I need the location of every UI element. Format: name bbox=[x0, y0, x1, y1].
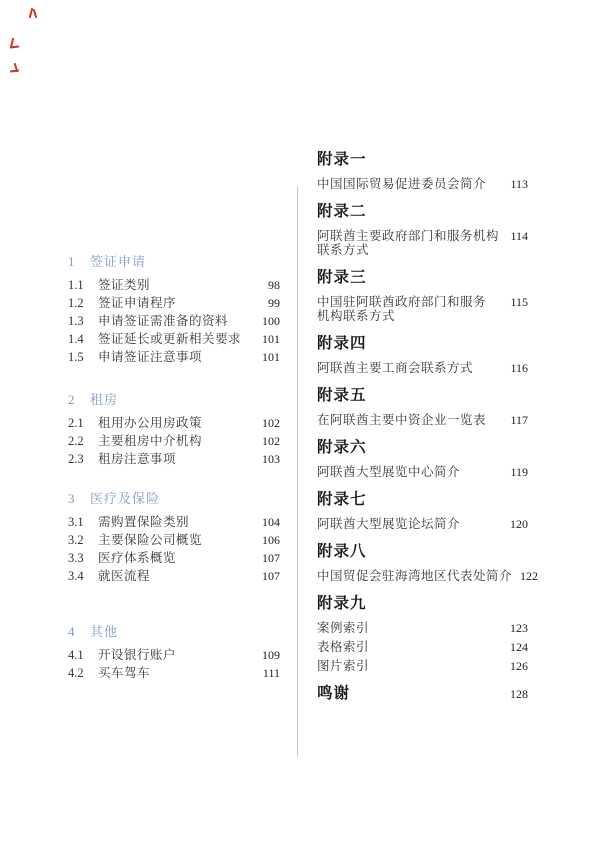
page-number: 100 bbox=[262, 312, 280, 330]
appendix-item-line: 案例索引 bbox=[317, 621, 502, 635]
toc-item-label: 开设银行账户 bbox=[98, 646, 262, 664]
toc-item: 3.1需购置保险类别104 bbox=[68, 513, 280, 531]
appendix-item-line: 阿联酋主要政府部门和服务机构 bbox=[317, 229, 502, 243]
page-number: 119 bbox=[510, 465, 528, 479]
page-number: 109 bbox=[262, 646, 280, 664]
acknowledgement-label: 鸣谢 bbox=[317, 685, 510, 703]
appendix-item: 阿联酋主要政府部门和服务机构联系方式114 bbox=[317, 229, 528, 257]
toc-item-label: 签证申请程序 bbox=[98, 294, 268, 312]
page-number: 106 bbox=[262, 531, 280, 549]
toc-item-number: 3.3 bbox=[68, 549, 98, 567]
page-number: 101 bbox=[262, 330, 280, 348]
appendix-item: 中国贸促会驻海湾地区代表处简介122 bbox=[317, 569, 528, 583]
appendix-item-line: 阿联酋大型展览论坛简介 bbox=[317, 517, 502, 531]
page-number: 103 bbox=[262, 450, 280, 468]
toc-page: 1签证申请1.1签证类别981.2签证申请程序991.3申请签证需准备的资料10… bbox=[0, 0, 596, 842]
toc-item-label: 医疗体系概览 bbox=[98, 549, 262, 567]
page-number: 120 bbox=[510, 517, 528, 531]
toc-item-number: 1.2 bbox=[68, 294, 98, 312]
left-toc-column: 1签证申请1.1签证类别981.2签证申请程序991.3申请签证需准备的资料10… bbox=[68, 254, 280, 682]
appendix-heading: 附录三 bbox=[317, 269, 528, 287]
toc-item: 1.2签证申请程序99 bbox=[68, 294, 280, 312]
toc-section-header: 4其他 bbox=[68, 624, 280, 640]
toc-item-label: 主要保险公司概览 bbox=[98, 531, 262, 549]
toc-item-number: 2.1 bbox=[68, 414, 98, 432]
toc-item-number: 2.3 bbox=[68, 450, 98, 468]
page-number: 107 bbox=[262, 549, 280, 567]
toc-item-label: 申请签证需准备的资料 bbox=[98, 312, 262, 330]
toc-item-number: 3.1 bbox=[68, 513, 98, 531]
appendix-item-label: 阿联酋大型展览论坛简介 bbox=[317, 517, 510, 531]
appendix-item-line: 中国贸促会驻海湾地区代表处简介 bbox=[317, 569, 512, 583]
toc-section-header: 1签证申请 bbox=[68, 254, 280, 270]
appendix-heading: 附录二 bbox=[317, 203, 528, 221]
appendix-item-label: 阿联酋主要工商会联系方式 bbox=[317, 361, 510, 375]
toc-item-label: 签证类别 bbox=[98, 276, 268, 294]
toc-section-header: 2租房 bbox=[68, 392, 280, 408]
page-number: 117 bbox=[510, 413, 528, 427]
appendix-heading: 附录八 bbox=[317, 543, 528, 561]
toc-item-number: 1.1 bbox=[68, 276, 98, 294]
toc-item: 3.2主要保险公司概览106 bbox=[68, 531, 280, 549]
red-ink-mark bbox=[9, 61, 21, 73]
appendix-item: 中国驻阿联酋政府部门和服务机构联系方式115 bbox=[317, 295, 528, 323]
appendix-item-line: 联系方式 bbox=[317, 243, 502, 257]
section-title: 其他 bbox=[90, 624, 118, 639]
appendix-block: 附录六阿联酋大型展览中心简介119 bbox=[317, 439, 528, 479]
toc-item-number: 4.2 bbox=[68, 664, 98, 682]
page-number: 102 bbox=[262, 414, 280, 432]
toc-item-number: 1.3 bbox=[68, 312, 98, 330]
appendix-block: 附录五在阿联酋主要中资企业一览表117 bbox=[317, 387, 528, 427]
appendix-block: 附录四阿联酋主要工商会联系方式116 bbox=[317, 335, 528, 375]
toc-item: 4.2买车驾车111 bbox=[68, 664, 280, 682]
page-number: 128 bbox=[510, 685, 528, 703]
appendix-item-line: 机构联系方式 bbox=[317, 309, 502, 323]
appendix-item-line: 图片索引 bbox=[317, 659, 502, 673]
page-number: 116 bbox=[510, 361, 528, 375]
appendix-item-label: 中国驻阿联酋政府部门和服务机构联系方式 bbox=[317, 295, 510, 323]
appendix-item-label: 在阿联酋主要中资企业一览表 bbox=[317, 413, 510, 427]
page-number: 98 bbox=[268, 276, 280, 294]
toc-section-header: 3医疗及保险 bbox=[68, 491, 280, 507]
page-number: 123 bbox=[510, 621, 528, 635]
red-ink-mark bbox=[28, 7, 40, 19]
toc-item-label: 租用办公用房政策 bbox=[98, 414, 262, 432]
appendix-block: 附录二阿联酋主要政府部门和服务机构联系方式114 bbox=[317, 203, 528, 257]
appendix-item: 在阿联酋主要中资企业一览表117 bbox=[317, 413, 528, 427]
page-number: 122 bbox=[520, 569, 538, 583]
appendix-item-label: 中国国际贸易促进委员会简介 bbox=[317, 177, 510, 191]
appendix-heading: 附录六 bbox=[317, 439, 528, 457]
appendix-block: 附录一中国国际贸易促进委员会简介113 bbox=[317, 151, 528, 191]
appendix-item-label: 阿联酋主要政府部门和服务机构联系方式 bbox=[317, 229, 510, 257]
page-number: 124 bbox=[510, 640, 528, 654]
toc-item-label: 签证延长或更新相关要求 bbox=[98, 330, 262, 348]
toc-item: 3.4就医流程107 bbox=[68, 567, 280, 585]
toc-section: 4其他4.1开设银行账户1094.2买车驾车111 bbox=[68, 624, 280, 682]
toc-item-number: 1.4 bbox=[68, 330, 98, 348]
page-number: 107 bbox=[262, 567, 280, 585]
appendix-item: 阿联酋大型展览论坛简介120 bbox=[317, 517, 528, 531]
toc-item: 1.5申请签证注意事项101 bbox=[68, 348, 280, 366]
page-number: 115 bbox=[510, 295, 528, 309]
appendix-item-label: 阿联酋大型展览中心简介 bbox=[317, 465, 510, 479]
appendix-item: 案例索引123 bbox=[317, 621, 528, 635]
toc-item-number: 4.1 bbox=[68, 646, 98, 664]
appendix-block: 附录八中国贸促会驻海湾地区代表处简介122 bbox=[317, 543, 528, 583]
toc-item: 2.2主要租房中介机构102 bbox=[68, 432, 280, 450]
toc-item-number: 3.4 bbox=[68, 567, 98, 585]
section-title: 签证申请 bbox=[90, 254, 146, 269]
page-number: 99 bbox=[268, 294, 280, 312]
toc-item: 2.1租用办公用房政策102 bbox=[68, 414, 280, 432]
page-number: 113 bbox=[510, 177, 528, 191]
toc-item: 1.4签证延长或更新相关要求101 bbox=[68, 330, 280, 348]
section-number: 1 bbox=[68, 254, 90, 270]
appendix-item: 阿联酋主要工商会联系方式116 bbox=[317, 361, 528, 375]
appendix-item-label: 中国贸促会驻海湾地区代表处简介 bbox=[317, 569, 520, 583]
toc-item: 1.3申请签证需准备的资料100 bbox=[68, 312, 280, 330]
appendix-item-line: 中国国际贸易促进委员会简介 bbox=[317, 177, 502, 191]
appendix-item-line: 阿联酋主要工商会联系方式 bbox=[317, 361, 502, 375]
toc-section: 1签证申请1.1签证类别981.2签证申请程序991.3申请签证需准备的资料10… bbox=[68, 254, 280, 366]
page-number: 126 bbox=[510, 659, 528, 673]
toc-item: 3.3医疗体系概览107 bbox=[68, 549, 280, 567]
appendix-block: 附录三中国驻阿联酋政府部门和服务机构联系方式115 bbox=[317, 269, 528, 323]
appendix-item-line: 表格索引 bbox=[317, 640, 502, 654]
page-number: 114 bbox=[510, 229, 528, 243]
toc-item: 1.1签证类别98 bbox=[68, 276, 280, 294]
toc-section: 2租房2.1租用办公用房政策1022.2主要租房中介机构1022.3租房注意事项… bbox=[68, 392, 280, 468]
toc-item: 2.3租房注意事项103 bbox=[68, 450, 280, 468]
appendix-item: 阿联酋大型展览中心简介119 bbox=[317, 465, 528, 479]
page-number: 101 bbox=[262, 348, 280, 366]
toc-item-label: 申请签证注意事项 bbox=[98, 348, 262, 366]
appendix-column: 附录一中国国际贸易促进委员会简介113附录二阿联酋主要政府部门和服务机构联系方式… bbox=[317, 151, 528, 703]
acknowledgement-row: 鸣谢128 bbox=[317, 685, 528, 703]
section-number: 4 bbox=[68, 624, 90, 640]
appendix-heading: 附录七 bbox=[317, 491, 528, 509]
page-number: 104 bbox=[262, 513, 280, 531]
appendix-heading: 附录五 bbox=[317, 387, 528, 405]
toc-item-number: 3.2 bbox=[68, 531, 98, 549]
toc-item-label: 就医流程 bbox=[98, 567, 262, 585]
toc-item-label: 租房注意事项 bbox=[98, 450, 262, 468]
page-number: 102 bbox=[262, 432, 280, 450]
appendix-item: 中国国际贸易促进委员会简介113 bbox=[317, 177, 528, 191]
appendix-block: 附录九案例索引123表格索引124图片索引126 bbox=[317, 595, 528, 673]
toc-item-number: 1.5 bbox=[68, 348, 98, 366]
section-title: 医疗及保险 bbox=[90, 491, 160, 506]
appendix-item: 表格索引124 bbox=[317, 640, 528, 654]
appendix-item-line: 中国驻阿联酋政府部门和服务 bbox=[317, 295, 502, 309]
appendix-item: 图片索引126 bbox=[317, 659, 528, 673]
toc-item-label: 主要租房中介机构 bbox=[98, 432, 262, 450]
toc-item-number: 2.2 bbox=[68, 432, 98, 450]
appendix-item-label: 案例索引 bbox=[317, 621, 510, 635]
appendix-item-label: 表格索引 bbox=[317, 640, 510, 654]
section-number: 3 bbox=[68, 491, 90, 507]
toc-item-label: 需购置保险类别 bbox=[98, 513, 262, 531]
toc-section: 3医疗及保险3.1需购置保险类别1043.2主要保险公司概览1063.3医疗体系… bbox=[68, 491, 280, 585]
section-number: 2 bbox=[68, 392, 90, 408]
appendix-item-label: 图片索引 bbox=[317, 659, 510, 673]
appendix-item-line: 在阿联酋主要中资企业一览表 bbox=[317, 413, 502, 427]
appendix-heading: 附录四 bbox=[317, 335, 528, 353]
page-number: 111 bbox=[263, 664, 280, 682]
column-divider bbox=[297, 186, 298, 757]
toc-item-label: 买车驾车 bbox=[98, 664, 263, 682]
appendix-block: 附录七阿联酋大型展览论坛简介120 bbox=[317, 491, 528, 531]
appendix-item-line: 阿联酋大型展览中心简介 bbox=[317, 465, 502, 479]
appendix-heading: 附录九 bbox=[317, 595, 528, 613]
section-title: 租房 bbox=[90, 392, 118, 407]
appendix-heading: 附录一 bbox=[317, 151, 528, 169]
red-ink-mark bbox=[9, 37, 21, 49]
toc-item: 4.1开设银行账户109 bbox=[68, 646, 280, 664]
